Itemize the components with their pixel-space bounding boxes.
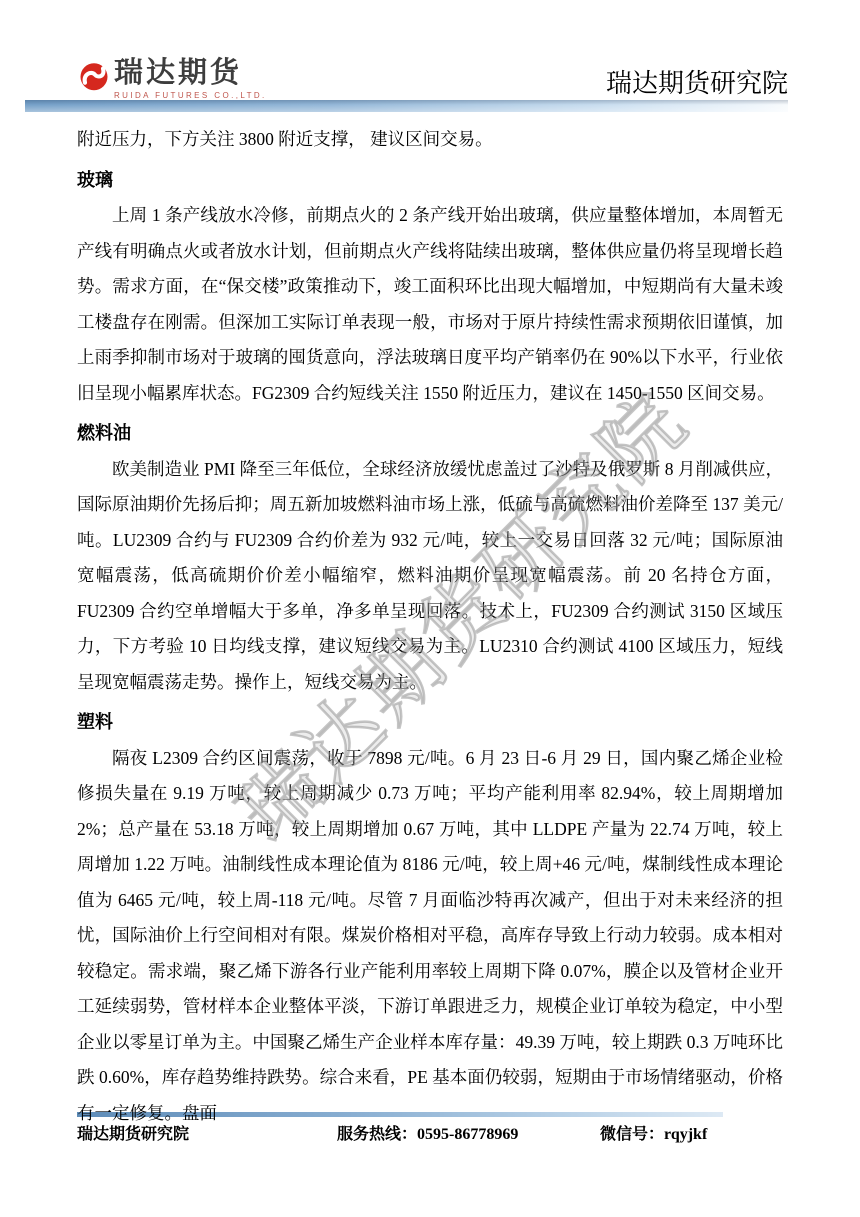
section-glass: 玻璃 上周 1 条产线放水冷修，前期点火的 2 条产线开始出玻璃，供应量整体增加… <box>77 163 783 412</box>
report-page: 瑞达期货 RUIDA FUTURES CO.,LTD. 瑞达期货研究院 瑞达期货… <box>0 0 860 1217</box>
logo-text-block: 瑞达期货 RUIDA FUTURES CO.,LTD. <box>114 57 267 100</box>
logo-en-text: RUIDA FUTURES CO.,LTD. <box>114 91 267 100</box>
glass-paragraph: 上周 1 条产线放水冷修，前期点火的 2 条产线开始出玻璃，供应量整体增加，本周… <box>77 198 783 411</box>
glass-heading: 玻璃 <box>77 163 783 199</box>
section-fuel-oil: 燃料油 欧美制造业 PMI 降至三年低位，全球经济放缓忧虑盖过了沙特及俄罗斯 8… <box>77 416 783 700</box>
logo-cn-text: 瑞达期货 <box>114 57 267 89</box>
logo: 瑞达期货 RUIDA FUTURES CO.,LTD. <box>79 57 267 100</box>
ruida-logo-icon <box>79 60 109 97</box>
plastics-heading: 塑料 <box>77 705 783 741</box>
intro-paragraph: 附近压力，下方关注 3800 附近支撑， 建议区间交易。 <box>77 122 783 158</box>
plastics-paragraph: 隔夜 L2309 合约区间震荡，收于 7898 元/吨。6 月 23 日-6 月… <box>77 741 783 1132</box>
fuel-oil-heading: 燃料油 <box>77 416 783 452</box>
institute-title: 瑞达期货研究院 <box>606 67 788 99</box>
content-area: 附近压力，下方关注 3800 附近支撑， 建议区间交易。 玻璃 上周 1 条产线… <box>77 122 783 1131</box>
fuel-oil-paragraph: 欧美制造业 PMI 降至三年低位，全球经济放缓忧虑盖过了沙特及俄罗斯 8 月削减… <box>77 452 783 701</box>
section-plastics: 塑料 隔夜 L2309 合约区间震荡，收于 7898 元/吨。6 月 23 日-… <box>77 705 783 1131</box>
header-divider-bar <box>25 100 788 112</box>
